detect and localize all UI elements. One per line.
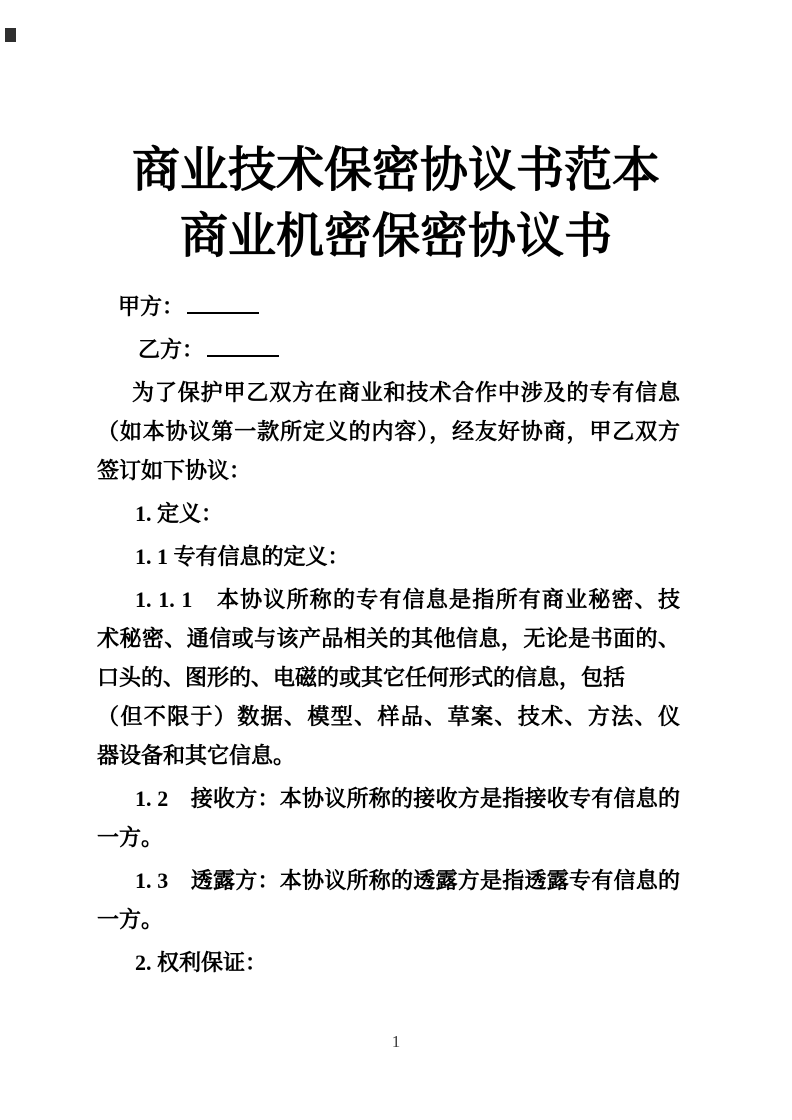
text-line: 口头的、图形的、电磁的或其它任何形式的信息，包括: [97, 658, 680, 697]
document-body: 甲方：乙方：为了保护甲乙双方在商业和技术合作中涉及的专有信息（如本协议第一款所定…: [97, 287, 680, 982]
intro-paragraph: 为了保护甲乙双方在商业和技术合作中涉及的专有信息（如本协议第一款所定义的内容），…: [97, 373, 680, 490]
clause-1-2: 1. 2 接收方：本协议所称的接收方是指接收专有信息的一方。: [97, 779, 680, 857]
text-line: （但不限于）数据、模型、样品、草案、技术、方法、仪: [97, 697, 680, 736]
text-line: 术秘密、通信或与该产品相关的其他信息，无论是书面的、: [97, 619, 680, 658]
party-b-line: 乙方：: [97, 330, 680, 369]
clause-1-1-1: 1. 1. 1 本协议所称的专有信息是指所有商业秘密、技术秘密、通信或与该产品相…: [97, 580, 680, 775]
text-line: 一方。: [97, 900, 680, 939]
text-line: 乙方：: [97, 330, 680, 369]
text-line: 签订如下协议：: [97, 451, 680, 490]
blank-underline: [187, 291, 259, 314]
clause-1: 1. 定义：: [97, 494, 680, 533]
corner-mark: [5, 28, 16, 42]
title-line-1: 商业技术保密协议书范本: [0, 138, 792, 204]
text-line: 为了保护甲乙双方在商业和技术合作中涉及的专有信息: [97, 373, 680, 412]
text-line: 甲方：: [97, 287, 680, 326]
document-page: 商业技术保密协议书范本 商业机密保密协议书 甲方：乙方：为了保护甲乙双方在商业和…: [0, 0, 792, 1120]
clause-1-1: 1. 1 专有信息的定义：: [97, 537, 680, 576]
clause-2: 2. 权利保证：: [97, 943, 680, 982]
title-line-2: 商业机密保密协议书: [0, 204, 792, 270]
blank-underline: [207, 334, 279, 357]
text-line: 1. 定义：: [97, 494, 680, 533]
party-a-line: 甲方：: [97, 287, 680, 326]
clause-1-3: 1. 3 透露方：本协议所称的透露方是指透露专有信息的一方。: [97, 861, 680, 939]
text-line: 2. 权利保证：: [97, 943, 680, 982]
text-line: 1. 2 接收方：本协议所称的接收方是指接收专有信息的: [97, 779, 680, 818]
text-line: 1. 3 透露方：本协议所称的透露方是指透露专有信息的: [97, 861, 680, 900]
text-line: 1. 1. 1 本协议所称的专有信息是指所有商业秘密、技: [97, 580, 680, 619]
text-line: 一方。: [97, 818, 680, 857]
text-line: （如本协议第一款所定义的内容），经友好协商，甲乙双方: [97, 412, 680, 451]
page-number: 1: [0, 1031, 792, 1053]
document-title: 商业技术保密协议书范本 商业机密保密协议书: [0, 0, 792, 270]
text-line: 1. 1 专有信息的定义：: [97, 537, 680, 576]
text-line: 器设备和其它信息。: [97, 736, 680, 775]
